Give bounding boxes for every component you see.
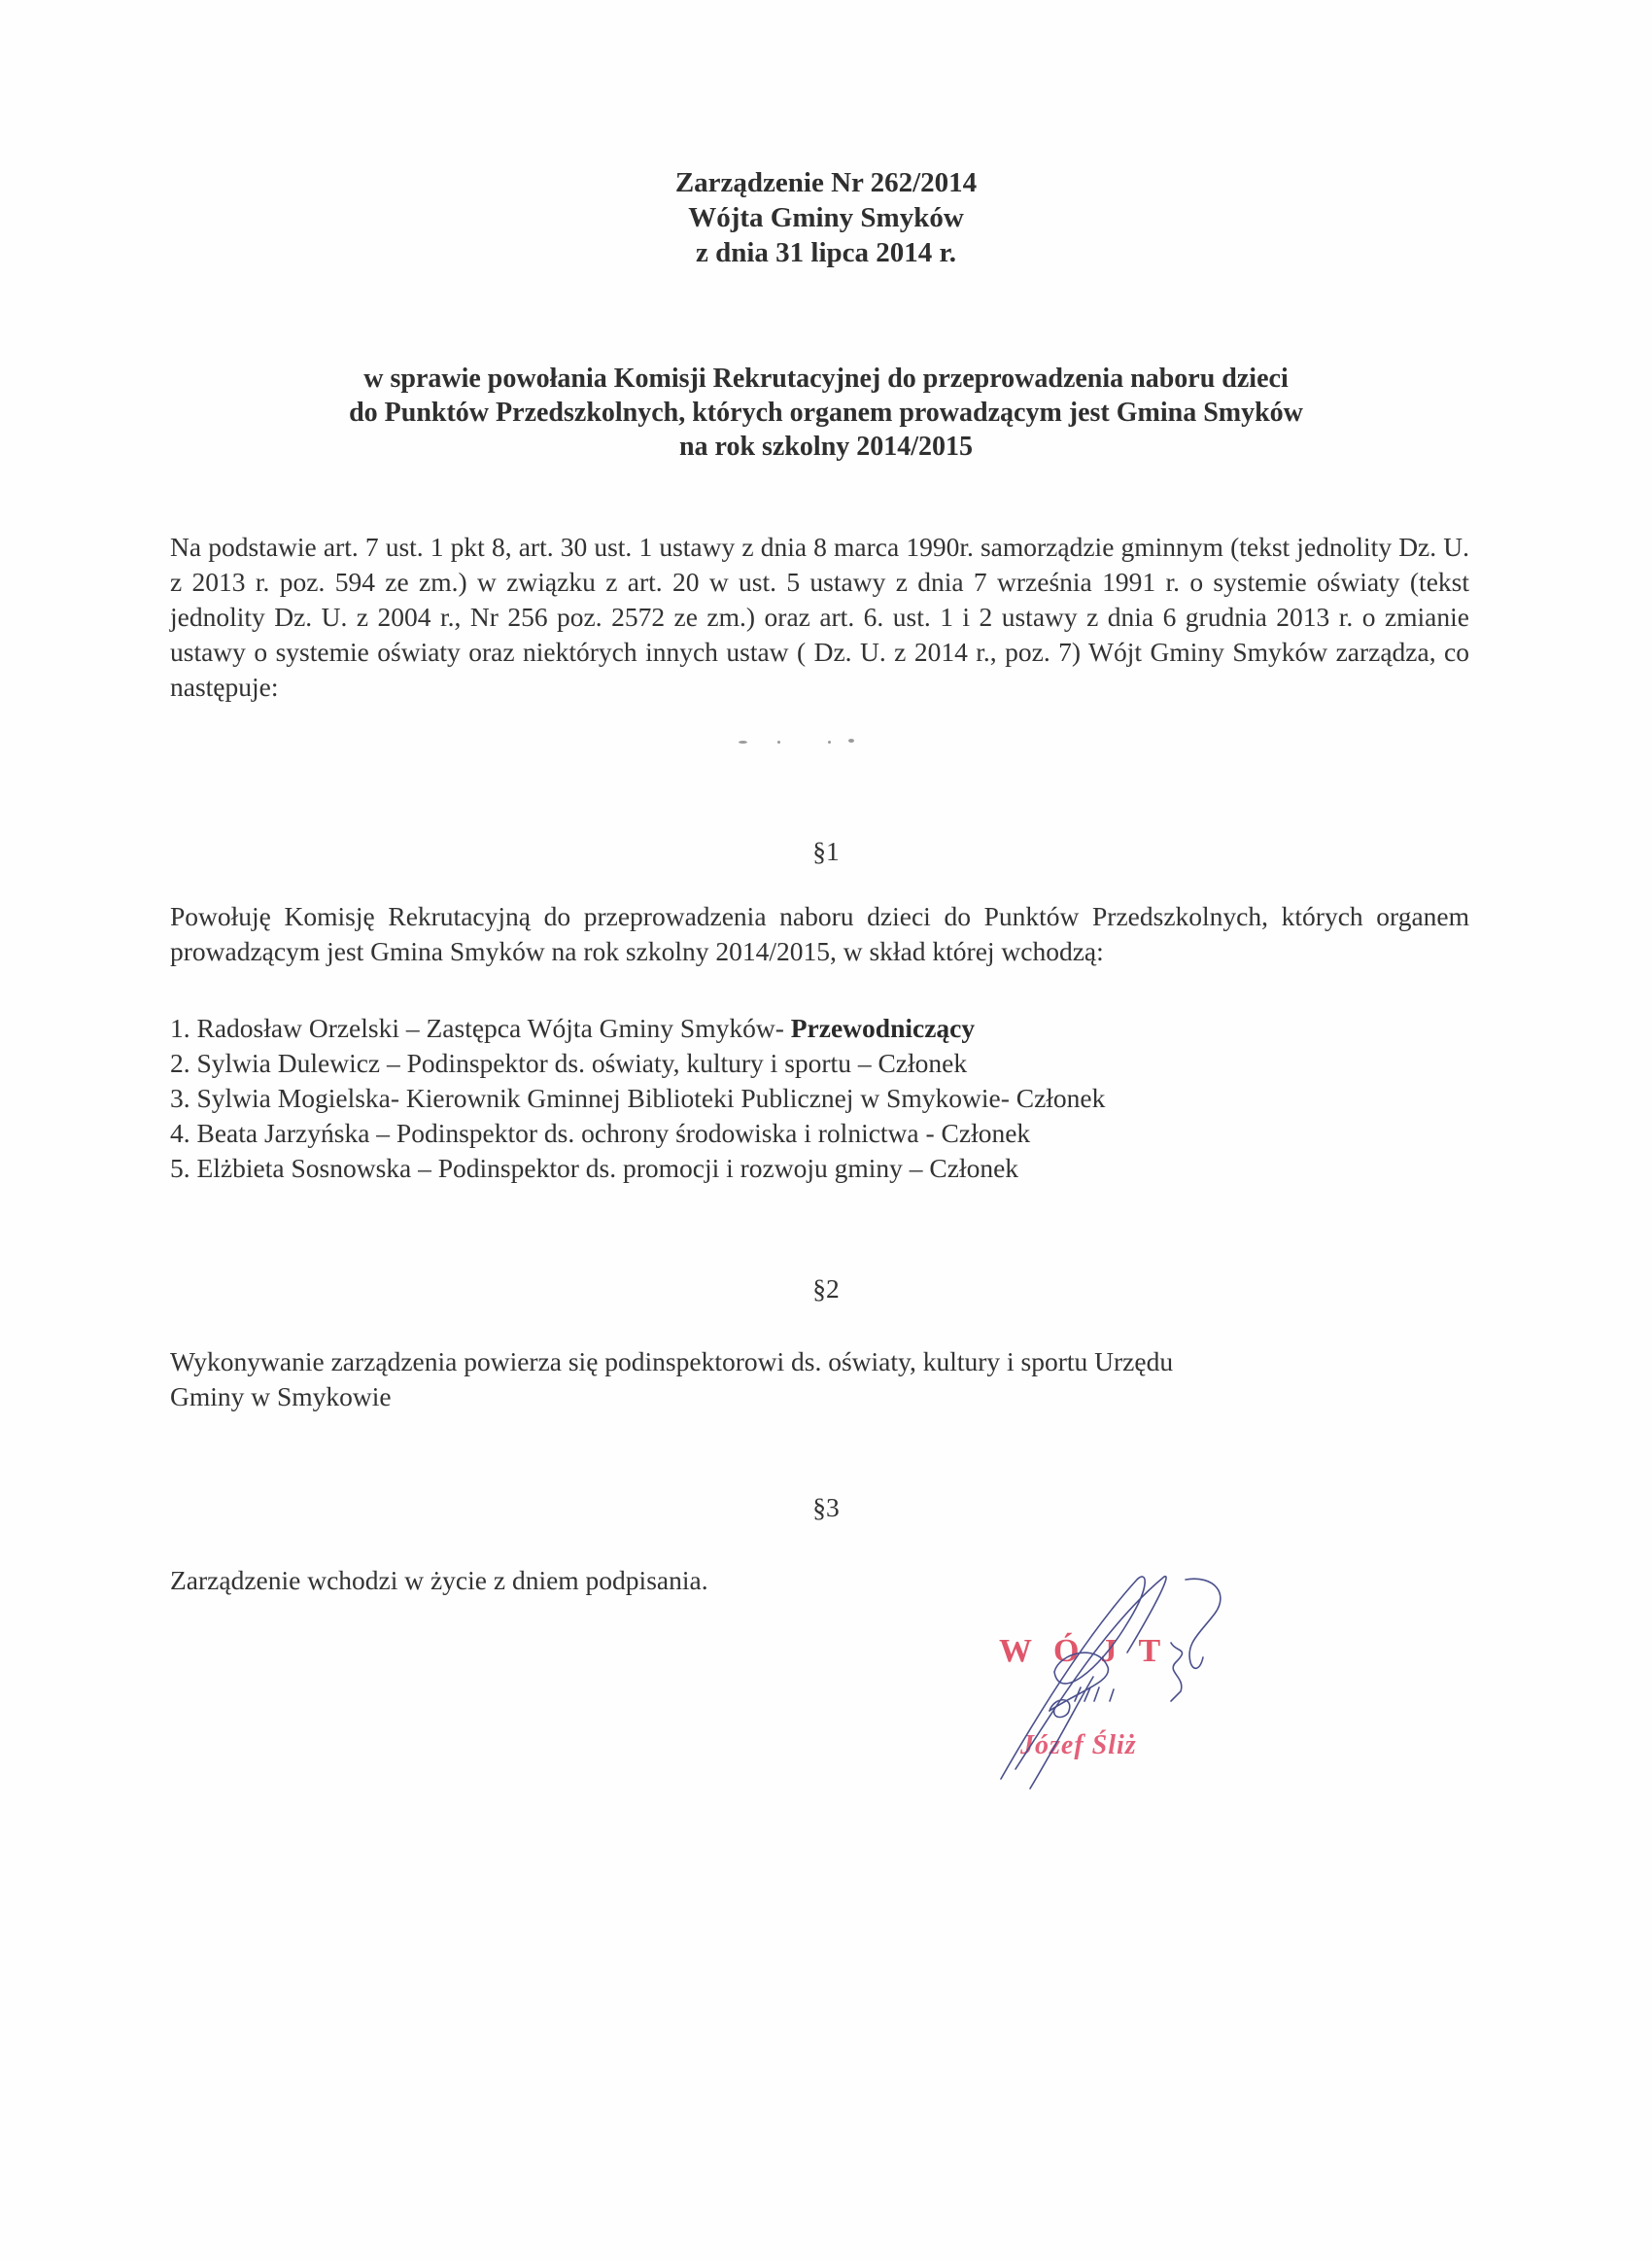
subject-line: w sprawie powołania Komisji Rekrutacyjne…	[0, 362, 1652, 396]
list-item: 3. Sylwia Mogielska- Kierownik Gminnej B…	[170, 1081, 1105, 1116]
section-1-text: Powołuję Komisję Rekrutacyjną do przepro…	[170, 899, 1469, 969]
subject-line: na rok szkolny 2014/2015	[0, 430, 1652, 464]
section-3-mark: §3	[0, 1492, 1652, 1523]
list-item: 4. Beata Jarzyńska – Podinspektor ds. oc…	[170, 1116, 1105, 1151]
title-line-issuer: Wójta Gminy Smyków	[0, 200, 1652, 235]
title-line-date: z dnia 31 lipca 2014 r.	[0, 235, 1652, 270]
title-line-number: Zarządzenie Nr 262/2014	[0, 165, 1652, 200]
document-page: Zarządzenie Nr 262/2014 Wójta Gminy Smyk…	[0, 0, 1652, 2261]
section-1-mark: §1	[0, 836, 1652, 867]
section-2-text: Wykonywanie zarządzenia powierza się pod…	[170, 1344, 1469, 1414]
section-2-line: Wykonywanie zarządzenia powierza się pod…	[170, 1344, 1469, 1379]
handwritten-signature-icon	[981, 1555, 1273, 1808]
legal-basis-paragraph: Na podstawie art. 7 ust. 1 pkt 8, art. 3…	[170, 530, 1469, 705]
scan-artifact	[739, 741, 747, 744]
scan-artifact	[777, 741, 780, 744]
scan-artifact	[828, 741, 831, 744]
section-3-text: Zarządzenie wchodzi w życie z dniem podp…	[170, 1563, 1469, 1598]
list-item: 1. Radosław Orzelski – Zastępca Wójta Gm…	[170, 1011, 1105, 1046]
section-2-line: Gminy w Smykowie	[170, 1379, 1469, 1414]
committee-members-list: 1. Radosław Orzelski – Zastępca Wójta Gm…	[170, 1011, 1105, 1186]
member-text: 2. Sylwia Dulewicz – Podinspektor ds. oś…	[170, 1048, 967, 1078]
member-text: 1. Radosław Orzelski – Zastępca Wójta Gm…	[170, 1013, 784, 1043]
member-text: 5. Elżbieta Sosnowska – Podinspektor ds.…	[170, 1153, 1018, 1183]
document-title: Zarządzenie Nr 262/2014 Wójta Gminy Smyk…	[0, 165, 1652, 270]
member-role-chair: Przewodniczący	[784, 1013, 975, 1043]
official-stamp-with-signature: WÓJT Józef Śliż	[981, 1555, 1273, 1808]
section-2-mark: §2	[0, 1273, 1652, 1304]
list-item: 2. Sylwia Dulewicz – Podinspektor ds. oś…	[170, 1046, 1105, 1081]
list-item: 5. Elżbieta Sosnowska – Podinspektor ds.…	[170, 1151, 1105, 1186]
scan-artifact	[848, 739, 854, 743]
member-text: 4. Beata Jarzyńska – Podinspektor ds. oc…	[170, 1118, 1030, 1148]
member-text: 3. Sylwia Mogielska- Kierownik Gminnej B…	[170, 1083, 1105, 1113]
document-subject: w sprawie powołania Komisji Rekrutacyjne…	[0, 362, 1652, 464]
subject-line: do Punktów Przedszkolnych, których organ…	[0, 396, 1652, 430]
